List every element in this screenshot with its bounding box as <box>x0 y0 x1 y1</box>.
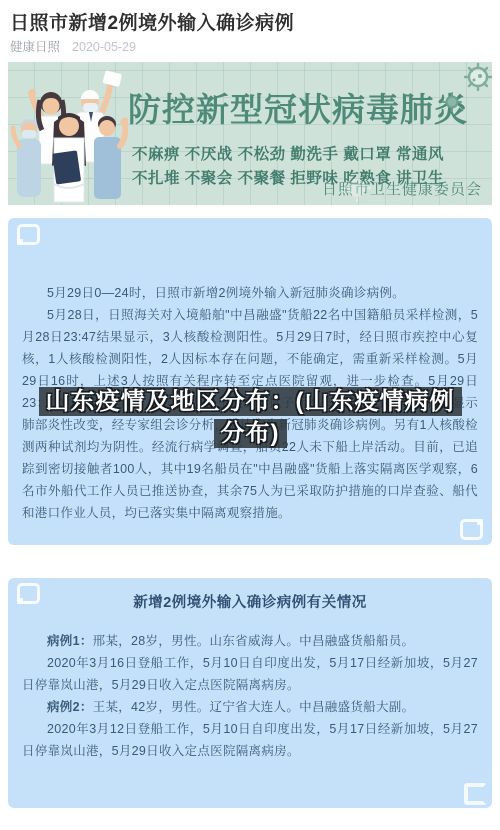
quote-close-icon <box>460 519 483 540</box>
banner-slogan-line1: 不麻痹 不厌战 不松劲 勤洗手 戴口罩 常通风 <box>132 142 444 164</box>
case-section-title: 新增2例境外输入确诊病例有关情况 <box>22 592 478 614</box>
case-1-summary: 病例1：邢某，28岁，男性。山东省威海人。中昌融盛货船船员。 <box>22 630 478 652</box>
banner-title: 防控新型冠状病毒肺炎 <box>128 84 468 131</box>
case-2-label: 病例2： <box>47 700 93 714</box>
source-name[interactable]: 健康日照 <box>10 40 60 54</box>
publish-date: 2020-05-29 <box>72 40 136 54</box>
medical-team-illustration <box>10 66 128 205</box>
virus-icon <box>440 62 492 114</box>
case-1-desc: 邢某，28岁，男性。山东省威海人。中昌融盛货船船员。 <box>93 634 415 648</box>
overlay-caption-line2: 分布) <box>214 419 287 448</box>
case-2-desc: 王某，42岁，男性。辽宁省大连人。中昌融盛货船大副。 <box>93 700 415 714</box>
case-details-section: 新增2例境外输入确诊病例有关情况 病例1：邢某，28岁，男性。山东省威海人。中昌… <box>8 578 492 808</box>
page-title: 日照市新增2例境外输入确诊病例 <box>10 8 480 35</box>
quote-open-icon <box>17 583 40 604</box>
overlay-caption-line1: 山东疫情及地区分布：(山东疫情病例 <box>39 387 462 416</box>
case-1-detail: 2020年3月16日登船工作，5月10日自印度出发，5月17日经新加坡，5月27… <box>22 652 478 696</box>
announcement-paragraph-1: 5月29日0—24时，日照市新增2例境外输入新冠肺炎确诊病例。 <box>22 282 478 304</box>
case-1-label: 病例1： <box>47 634 93 648</box>
quote-close-icon <box>464 783 487 805</box>
virus-watermark-icon <box>342 173 372 203</box>
announcement-section: 5月29日0—24时，日照市新增2例境外输入新冠肺炎确诊病例。 5月28日，日照… <box>8 218 492 545</box>
byline: 健康日照2020-05-29 <box>10 37 136 55</box>
prevention-banner: 防控新型冠状病毒肺炎 不麻痹 不厌战 不松劲 勤洗手 戴口罩 常通风 不扎堆 不… <box>8 62 492 205</box>
overlay-caption: 山东疫情及地区分布：(山东疫情病例 分布) <box>0 386 500 450</box>
case-2-detail: 2020年3月12日登船工作，5月10日自印度出发，5月17日经新加坡，5月27… <box>22 718 478 762</box>
article-page: 日照市新增2例境外输入确诊病例 健康日照2020-05-29 <box>0 0 500 830</box>
quote-open-icon <box>17 224 40 245</box>
case-2-summary: 病例2：王某，42岁，男性。辽宁省大连人。中昌融盛货船大副。 <box>22 696 478 718</box>
